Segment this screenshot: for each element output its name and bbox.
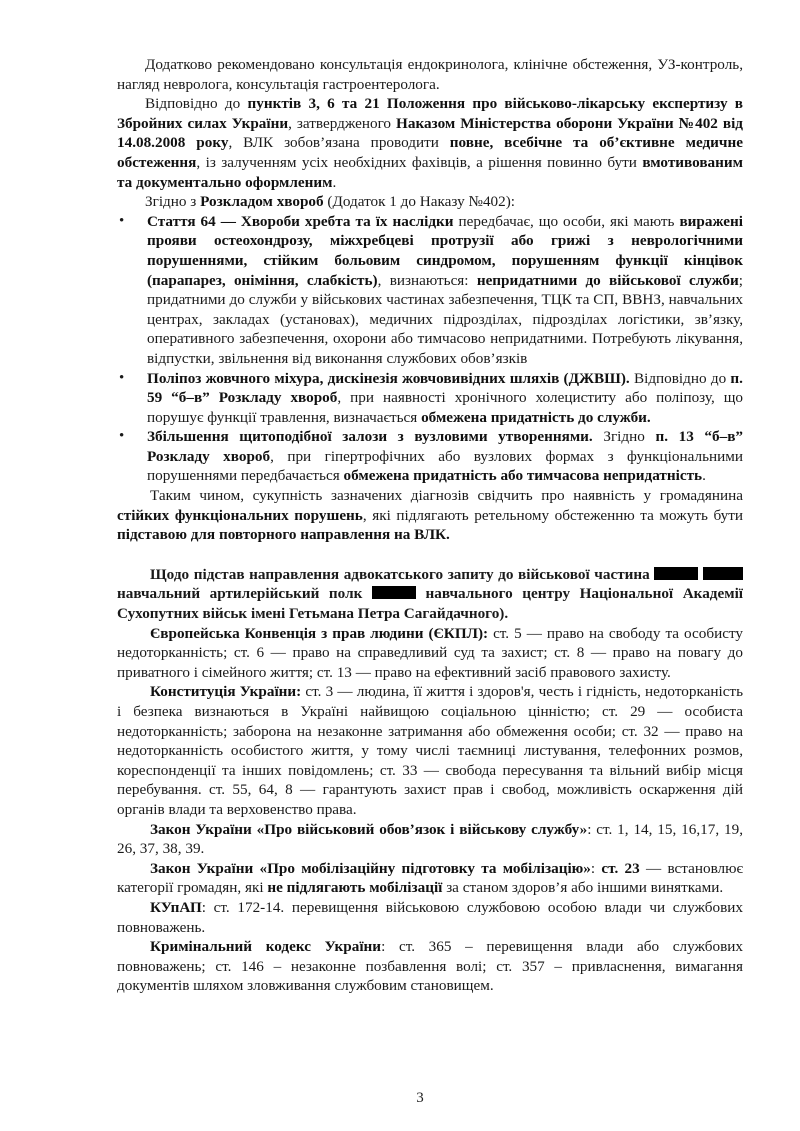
bold-text: Закон України «Про військовий обов’язок …	[150, 821, 587, 838]
text: Щодо підстав направлення адвокатського з…	[150, 566, 654, 583]
paragraph-conclusion: Таким чином, сукупність зазначених діагн…	[117, 486, 743, 545]
text: .	[702, 467, 706, 484]
bold-text: Стаття 64 — Хвороби хребта та їх наслідк…	[147, 213, 454, 230]
bold-text: Закон України «Про мобілізаційну підгото…	[150, 860, 591, 877]
bold-text: ст. 23	[601, 860, 639, 877]
bold-text: підставою для повторного направлення на …	[117, 526, 450, 543]
text: , визнаються:	[378, 272, 477, 289]
text: передбачає, що особи, які мають	[454, 213, 680, 230]
paragraph-recommendations: Додатково рекомендовано консультація енд…	[117, 55, 743, 94]
text: за станом здоров’я або іншими винятками.	[442, 879, 723, 896]
bold-text: Поліпоз жовчного міхура, дискінезія жовч…	[147, 370, 630, 387]
bold-text: Розкладом хвороб	[200, 193, 324, 210]
paragraph-law-military-duty: Закон України «Про військовий обов’язок …	[117, 820, 743, 859]
page-number: 3	[0, 1090, 800, 1107]
text: , які підлягають ретельному обстеженню т…	[363, 507, 743, 524]
bold-text: обмежена придатність або тимчасова непри…	[344, 467, 703, 484]
paragraph-constitution: Конституція України: ст. 3 — людина, її …	[117, 682, 743, 819]
bullet-icon: •	[119, 369, 124, 389]
text: Згідно з	[145, 193, 200, 210]
bold-text: Кримінальний кодекс України	[150, 938, 381, 955]
redacted-block	[703, 567, 743, 580]
paragraph-echr: Європейська Конвенція з прав людини (ЄКП…	[117, 624, 743, 683]
list-item: •Поліпоз жовчного міхура, дискінезія жов…	[117, 369, 743, 428]
text: : ст. 172-14. перевищення військовою слу…	[117, 899, 743, 936]
spacer	[117, 545, 743, 565]
bullet-icon: •	[119, 212, 124, 232]
bold-text: обмежена придатність до служби.	[421, 409, 651, 426]
diagnosis-list: •Стаття 64 — Хвороби хребта та їх наслід…	[117, 212, 743, 486]
text: навчальний артилерійський полк	[117, 585, 372, 602]
redacted-block	[654, 567, 698, 580]
bold-text: Європейська Конвенція з прав людини (ЄКП…	[150, 625, 488, 642]
paragraph-law-mobilization: Закон України «Про мобілізаційну підгото…	[117, 859, 743, 898]
text: .	[333, 174, 337, 191]
text: Відповідно до	[630, 370, 731, 387]
redacted-block	[372, 586, 416, 599]
bold-text: Конституція України:	[150, 683, 301, 700]
text: ст. 3 — людина, її життя і здоров'я, чес…	[117, 683, 743, 818]
text: , із залученням усіх необхідних фахівців…	[196, 154, 642, 171]
text: , затвердженого	[288, 115, 396, 132]
text: , ВЛК зобов’язана проводити	[228, 134, 449, 151]
bold-text: непридатними до військової служби	[477, 272, 739, 289]
text: (Додаток 1 до Наказу №402):	[324, 193, 515, 210]
document-page: Додатково рекомендовано консультація енд…	[117, 55, 743, 996]
text: Таким чином, сукупність зазначених діагн…	[150, 487, 743, 504]
bold-text: стійких функціональних порушень	[117, 507, 363, 524]
paragraph-vlk-regulation: Відповідно до пунктів 3, 6 та 21 Положен…	[117, 94, 743, 192]
bold-text: Збільшення щитоподібної залози з вузлови…	[147, 428, 593, 445]
paragraph-disease-schedule-intro: Згідно з Розкладом хвороб (Додаток 1 до …	[117, 192, 743, 212]
text: :	[591, 860, 602, 877]
paragraph-kupap: КУпАП: ст. 172-14. перевищення військово…	[117, 898, 743, 937]
text: Згідно	[593, 428, 656, 445]
list-item: •Стаття 64 — Хвороби хребта та їх наслід…	[117, 212, 743, 369]
bullet-icon: •	[119, 427, 124, 447]
paragraph-criminal-code: Кримінальний кодекс України: ст. 365 – п…	[117, 937, 743, 996]
section-heading: Щодо підстав направлення адвокатського з…	[117, 565, 743, 624]
bold-text: не підлягають мобілізації	[267, 879, 442, 896]
list-item: •Збільшення щитоподібної залози з вузлов…	[117, 427, 743, 486]
text: Відповідно до	[145, 95, 247, 112]
bold-text: КУпАП	[150, 899, 202, 916]
